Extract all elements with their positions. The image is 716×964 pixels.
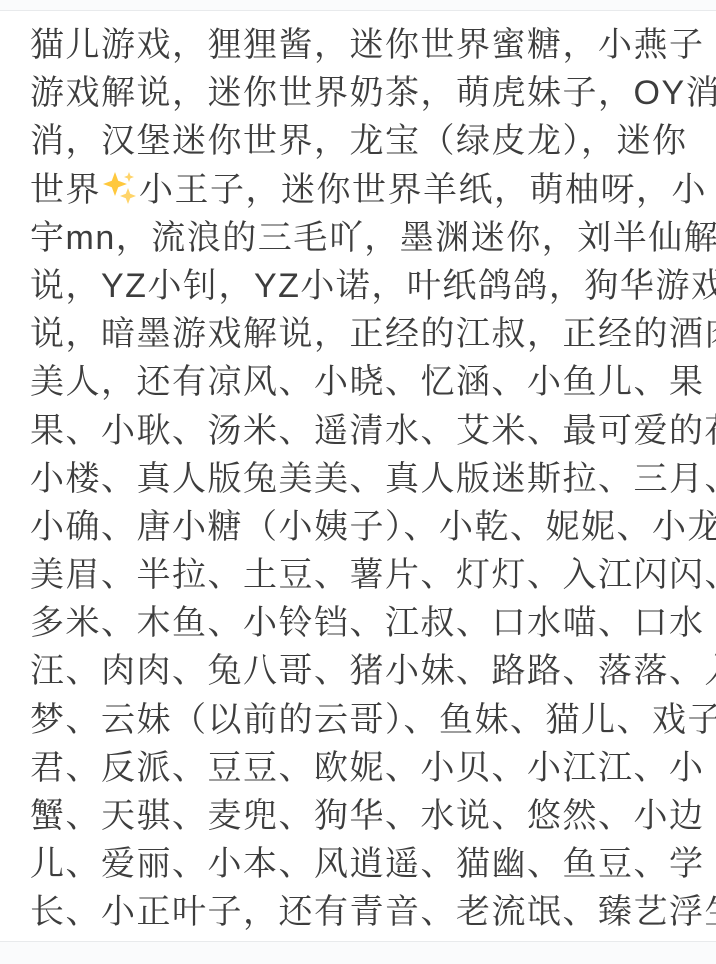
text-body: 猫儿游戏，狸狸酱，迷你世界蜜糖，小燕子 游戏解说，迷你世界奶茶，萌虎妹子，OY消… xyxy=(0,11,716,941)
bottom-divider xyxy=(0,941,716,964)
text-line: 蟹、天骐、麦兜、狗华、水说、悠然、小边 xyxy=(30,792,692,840)
text-line: 消，汉堡迷你世界，龙宝（绿皮龙），迷你 xyxy=(30,117,692,165)
top-divider xyxy=(0,0,716,11)
text-line: 小确、唐小糖（小姨子）、小乾、妮妮、小龙 xyxy=(30,503,692,551)
text-segment: 小王子，迷你世界羊纸，萌柚呀，小 xyxy=(139,171,707,209)
text-line: 梦、云妹（以前的云哥）、鱼妹、猫儿、戏子 xyxy=(30,696,692,744)
text-line: 多米、木鱼、小铃铛、江叔、口水喵、口水 xyxy=(30,599,692,647)
text-segment: 世界 xyxy=(30,171,101,209)
text-line: 宇mn，流浪的三毛吖，墨渊迷你，刘半仙解 xyxy=(30,214,692,262)
text-line: 猫儿游戏，狸狸酱，迷你世界蜜糖，小燕子 xyxy=(30,21,692,69)
text-line: 说，YZ小钊，YZ小诺，叶纸鸽鸽，狗华游戏解 xyxy=(30,262,692,310)
text-line: 汪、肉肉、兔八哥、猪小妹、路路、落落、入 xyxy=(30,647,692,695)
text-line: 长、小正叶子，还有青音、老流氓、臻艺浮生 xyxy=(30,888,692,936)
text-line: 说，暗墨游戏解说，正经的江叔，正经的酒肉 xyxy=(30,310,692,358)
text-line: 世界 小王子，迷你世界羊纸，萌柚呀，小 xyxy=(30,166,692,214)
text-line: 果、小耿、汤米、遥清水、艾米、最可爱的花 xyxy=(30,407,692,455)
sparkles-icon xyxy=(101,170,139,206)
text-line: 小楼、真人版兔美美、真人版迷斯拉、三月、 xyxy=(30,455,692,503)
text-line: 君、反派、豆豆、欧妮、小贝、小江江、小 xyxy=(30,744,692,792)
text-line: 游戏解说，迷你世界奶茶，萌虎妹子，OY消 xyxy=(30,69,692,117)
text-line: 儿、爱丽、小本、风逍遥、猫幽、鱼豆、学 xyxy=(30,840,692,888)
text-line: 美人，还有凉风、小晓、忆涵、小鱼儿、果 xyxy=(30,358,692,406)
text-line: 美眉、半拉、土豆、薯片、灯灯、入江闪闪、 xyxy=(30,551,692,599)
